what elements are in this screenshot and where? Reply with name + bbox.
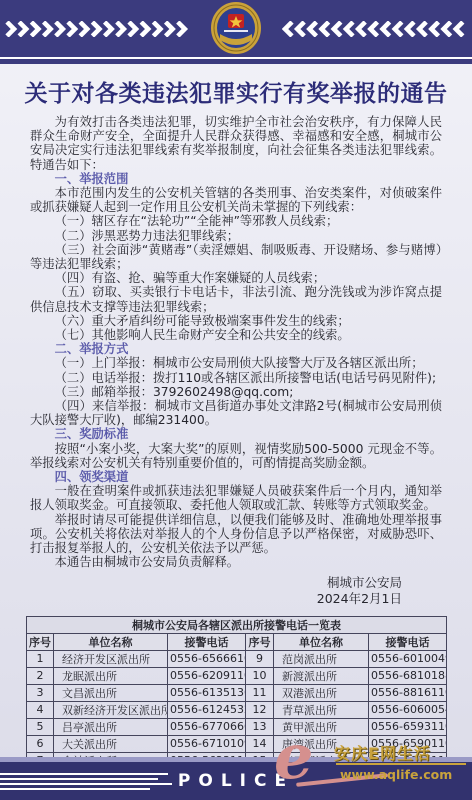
section-paragraph: （四）有盗、抢、骗等重大作案嫌疑的人员线索；	[30, 271, 442, 285]
section-heading: 二、举报方式	[30, 342, 442, 356]
section-paragraph: （一）辖区存在“法轮功”“全能神”等邪教人员线索；	[30, 214, 442, 228]
table-row: 3文昌派出所0556-613513611双港派出所0556-8816110	[27, 684, 447, 701]
table-row: 2龙眠派出所0556-620911010新渡派出所0556-6810188	[27, 667, 447, 684]
index-cell: 4	[27, 701, 54, 718]
section-paragraph: （一）上门举报：桐城市公安局刑侦大队接警大厅及各辖区派出所；	[30, 356, 442, 370]
sections: 一、举报范围本市范围内发生的公安机关管辖的各类刑事、治安类案件，对侦破案件或抓获…	[30, 172, 442, 570]
table-header-cell: 单位名称	[274, 633, 369, 650]
watermark-title: 安庆E网生活	[334, 741, 431, 764]
index-cell: 14	[246, 735, 274, 752]
footer-main: POLICE e 安庆E网生活 www.aqlife.com	[0, 762, 472, 800]
table-header-cell: 序号	[27, 633, 54, 650]
unit-name-cell: 大关派出所	[54, 735, 168, 752]
unit-name-cell: 吕亭派出所	[54, 718, 168, 735]
section-paragraph: （五）窃取、买卖银行卡电话卡，非法引流、跑分洗钱或为涉诈窝点提供信息技术支撑等违…	[30, 285, 442, 313]
phone-cell: 0556-6566610	[168, 650, 246, 667]
phone-cell: 0556-6710109	[168, 735, 246, 752]
table-row: 5吕亭派出所0556-677066613黄甲派出所0556-6593110	[27, 718, 447, 735]
section-paragraph: （六）重大矛盾纠纷可能导致极端案事件发生的线索；	[30, 314, 442, 328]
index-cell: 3	[27, 684, 54, 701]
unit-name-cell: 文昌派出所	[54, 684, 168, 701]
section-paragraph: 本市范围内发生的公安机关管辖的各类刑事、治安类案件，对侦破案件或抓获嫌疑人起到一…	[30, 186, 442, 214]
intro-paragraph: 为有效打击各类违法犯罪，切实维护全市社会治安秩序，有力保障人民群众生命财产安全，…	[30, 115, 442, 172]
table-header-cell: 接警电话	[168, 633, 246, 650]
section-paragraph: 本通告由桐城市公安局负责解释。	[30, 555, 442, 569]
section-paragraph: （四）来信举报：桐城市文昌街道办事处文津路2号(桐城市公安局刑侦大队接警大厅收)…	[30, 399, 442, 427]
phone-cell: 0556-6060054	[369, 701, 447, 718]
section-paragraph: 举报时请尽可能提供详细信息，以便我们能够及时、准确地处理举报事项。公安机关将依法…	[30, 513, 442, 556]
index-cell: 9	[246, 650, 274, 667]
index-cell: 12	[246, 701, 274, 718]
notice-body: 为有效打击各类违法犯罪，切实维护全市社会治安秩序，有力保障人民群众生命财产安全，…	[0, 108, 472, 607]
section-paragraph: （三）邮箱举报：3792602498@qq.com;	[30, 385, 442, 399]
unit-name-cell: 青草派出所	[274, 701, 369, 718]
unit-name-cell: 新渡派出所	[274, 667, 369, 684]
chevrons-left-icon	[282, 21, 468, 37]
unit-name-cell: 双新经济开发区派出所	[54, 701, 168, 718]
index-cell: 1	[27, 650, 54, 667]
table-row: 4双新经济开发区派出所0556-612453212青草派出所0556-60600…	[27, 701, 447, 718]
footer-banner: POLICE e 安庆E网生活 www.aqlife.com	[0, 757, 472, 800]
phone-cell: 0556-6010049	[369, 650, 447, 667]
police-badge-icon	[210, 2, 262, 60]
section-paragraph: （二）电话举报：拨打110或各辖区派出所接警电话(电话号码见附件);	[30, 371, 442, 385]
phone-cell: 0556-6124532	[168, 701, 246, 718]
table-header-cell: 单位名称	[54, 633, 168, 650]
unit-name-cell: 范岗派出所	[274, 650, 369, 667]
phone-cell: 0556-8816110	[369, 684, 447, 701]
signature-block: 桐城市公安局 2024年2月1日	[30, 575, 442, 607]
index-cell: 2	[27, 667, 54, 684]
watermark-url: www.aqlife.com	[340, 767, 452, 782]
watermark-underline	[336, 763, 466, 765]
index-cell: 13	[246, 718, 274, 735]
phone-cell: 0556-6810188	[369, 667, 447, 684]
table-row: 1经济开发区派出所0556-65666109范岗派出所0556-6010049	[27, 650, 447, 667]
section-paragraph: （二）涉黑恶势力违法犯罪线索；	[30, 229, 442, 243]
phone-cell: 0556-6593110	[369, 718, 447, 735]
unit-name-cell: 龙眠派出所	[54, 667, 168, 684]
section-paragraph: （三）社会面涉“黄赌毒”（卖淫嫖娼、制吸贩毒、开设赌场、参与赌博）等违法犯罪线索…	[30, 243, 442, 271]
section-heading: 四、领奖渠道	[30, 470, 442, 484]
section-heading: 三、奖励标准	[30, 427, 442, 441]
notice-title: 关于对各类违法犯罪实行有奖举报的通告	[0, 75, 472, 108]
phone-cell: 0556-6209110	[168, 667, 246, 684]
watermark: e 安庆E网生活 www.aqlife.com	[278, 740, 470, 800]
index-cell: 5	[27, 718, 54, 735]
signature-org: 桐城市公安局	[30, 575, 402, 591]
index-cell: 10	[246, 667, 274, 684]
index-cell: 6	[27, 735, 54, 752]
table-header-cell: 接警电话	[369, 633, 447, 650]
chevrons-right-icon	[4, 21, 190, 37]
phone-cell: 0556-6135136	[168, 684, 246, 701]
section-paragraph: 按照“小案小奖，大案大奖”的原则，视情奖励500-5000 元现金不等。举报线索…	[30, 442, 442, 470]
top-banner	[0, 0, 472, 57]
section-paragraph: 一般在查明案件或抓获违法犯罪嫌疑人员破获案件后一个月内，通知举报人领取奖金。可直…	[30, 484, 442, 512]
signature-date: 2024年2月1日	[30, 591, 402, 607]
table-header-cell: 序号	[246, 633, 274, 650]
watermark-e-logo-icon: e	[274, 726, 313, 788]
unit-name-cell: 经济开发区派出所	[54, 650, 168, 667]
table-title: 桐城市公安局各辖区派出所接警电话一览表	[27, 616, 447, 633]
index-cell: 11	[246, 684, 274, 701]
section-heading: 一、举报范围	[30, 172, 442, 186]
unit-name-cell: 双港派出所	[274, 684, 369, 701]
section-paragraph: （七）其他影响人民生命财产安全和公共安全的线索。	[30, 328, 442, 342]
phone-cell: 0556-6770666	[168, 718, 246, 735]
